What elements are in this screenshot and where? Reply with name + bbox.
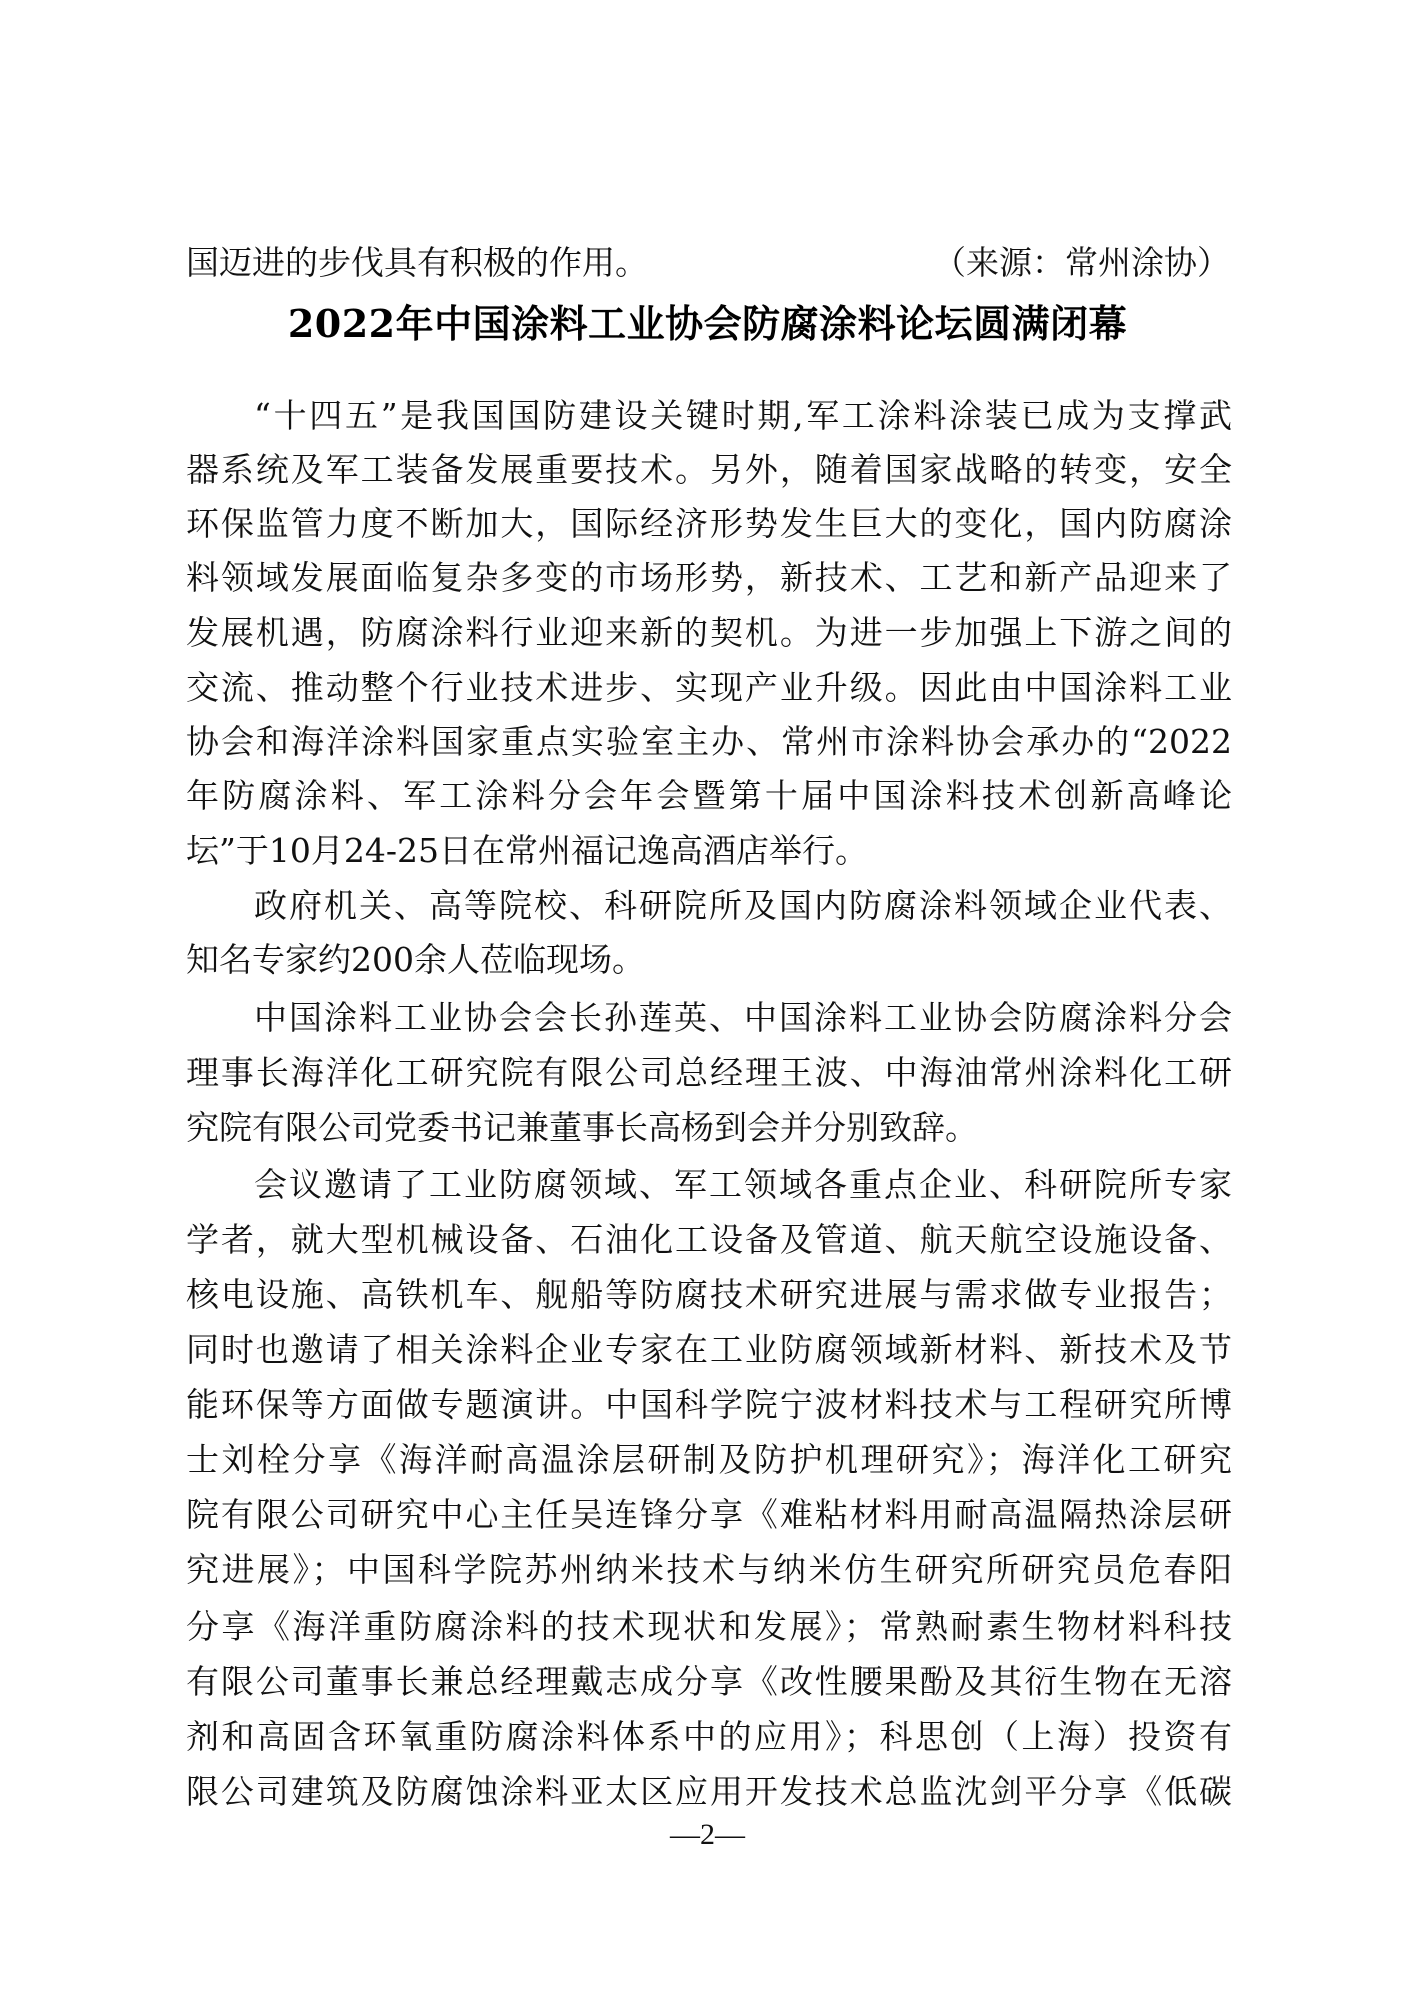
- paragraph-1-line-8: 年防腐涂料、军工涂料分会年会暨第十届中国涂料技术创新高峰论: [186, 773, 1232, 819]
- paragraph-4-line-12: 限公司建筑及防腐蚀涂料亚太区应用开发技术总监沈剑平分享《低碳: [186, 1769, 1232, 1815]
- page-number: —2—: [0, 1815, 1415, 1855]
- paragraph-4-line-4: 同时也邀请了相关涂料企业专家在工业防腐领域新材料、新技术及节: [186, 1327, 1232, 1373]
- paragraph-1-line-6: 交流、推动整个行业技术进步、实现产业升级。因此由中国涂料工业: [186, 665, 1232, 711]
- source-attribution: （来源：常州涂协）: [933, 240, 1230, 286]
- paragraph-4-line-2: 学者，就大型机械设备、石油化工设备及管道、航天航空设施设备、: [186, 1217, 1232, 1263]
- paragraph-1-line-9: 坛”于10月24-25日在常州福记逸高酒店举行。: [186, 828, 1232, 874]
- paragraph-4-line-8: 究进展》；中国科学院苏州纳米技术与纳米仿生研究所研究员危春阳: [186, 1547, 1232, 1593]
- paragraph-1-line-3: 环保监管力度不断加大，国际经济形势发生巨大的变化，国内防腐涂: [186, 501, 1232, 547]
- previous-article-tail: 国迈进的步伐具有积极的作用。 （来源：常州涂协）: [186, 240, 1232, 286]
- paragraph-4-line-3: 核电设施、高铁机车、舰船等防腐技术研究进展与需求做专业报告；: [186, 1272, 1232, 1318]
- document-page: 国迈进的步伐具有积极的作用。 （来源：常州涂协） 2022年中国涂料工业协会防腐…: [0, 0, 1415, 2000]
- paragraph-1-line-5: 发展机遇，防腐涂料行业迎来新的契机。为进一步加强上下游之间的: [186, 610, 1232, 656]
- paragraph-4-line-5: 能环保等方面做专题演讲。中国科学院宁波材料技术与工程研究所博: [186, 1382, 1232, 1428]
- paragraph-2-line-1: 政府机关、高等院校、科研院所及国内防腐涂料领域企业代表、: [254, 883, 1232, 929]
- paragraph-3-line-2: 理事长海洋化工研究院有限公司总经理王波、中海油常州涂料化工研: [186, 1050, 1232, 1096]
- paragraph-4-line-6: 士刘栓分享《海洋耐高温涂层研制及防护机理研究》；海洋化工研究: [186, 1437, 1232, 1483]
- paragraph-3-line-3: 究院有限公司党委书记兼董事长高杨到会并分别致辞。: [186, 1105, 1232, 1151]
- paragraph-1-line-7: 协会和海洋涂料国家重点实验室主办、常州市涂料协会承办的“2022: [186, 719, 1232, 765]
- paragraph-1-line-2: 器系统及军工装备发展重要技术。另外，随着国家战略的转变，安全: [186, 447, 1232, 493]
- paragraph-4-line-11: 剂和高固含环氧重防腐涂料体系中的应用》；科思创（上海）投资有: [186, 1714, 1232, 1760]
- paragraph-4-line-10: 有限公司董事长兼总经理戴志成分享《改性腰果酚及其衍生物在无溶: [186, 1659, 1232, 1705]
- previous-article-text: 国迈进的步伐具有积极的作用。: [186, 240, 648, 286]
- paragraph-1-line-4: 料领域发展面临复杂多变的市场形势，新技术、工艺和新产品迎来了: [186, 555, 1232, 601]
- paragraph-3-line-1: 中国涂料工业协会会长孙莲英、中国涂料工业协会防腐涂料分会: [254, 995, 1232, 1041]
- paragraph-1-line-1: “十四五”是我国国防建设关键时期,军工涂料涂装已成为支撑武: [254, 393, 1232, 439]
- paragraph-2-line-2: 知名专家约200余人莅临现场。: [186, 937, 1232, 983]
- paragraph-4-line-7: 院有限公司研究中心主任吴连锋分享《难粘材料用耐高温隔热涂层研: [186, 1492, 1232, 1538]
- paragraph-4-line-9: 分享《海洋重防腐涂料的技术现状和发展》；常熟耐素生物材料科技: [186, 1604, 1232, 1650]
- article-title: 2022年中国涂料工业协会防腐涂料论坛圆满闭幕: [0, 297, 1415, 351]
- paragraph-4-line-1: 会议邀请了工业防腐领域、军工领域各重点企业、科研院所专家: [254, 1162, 1232, 1208]
